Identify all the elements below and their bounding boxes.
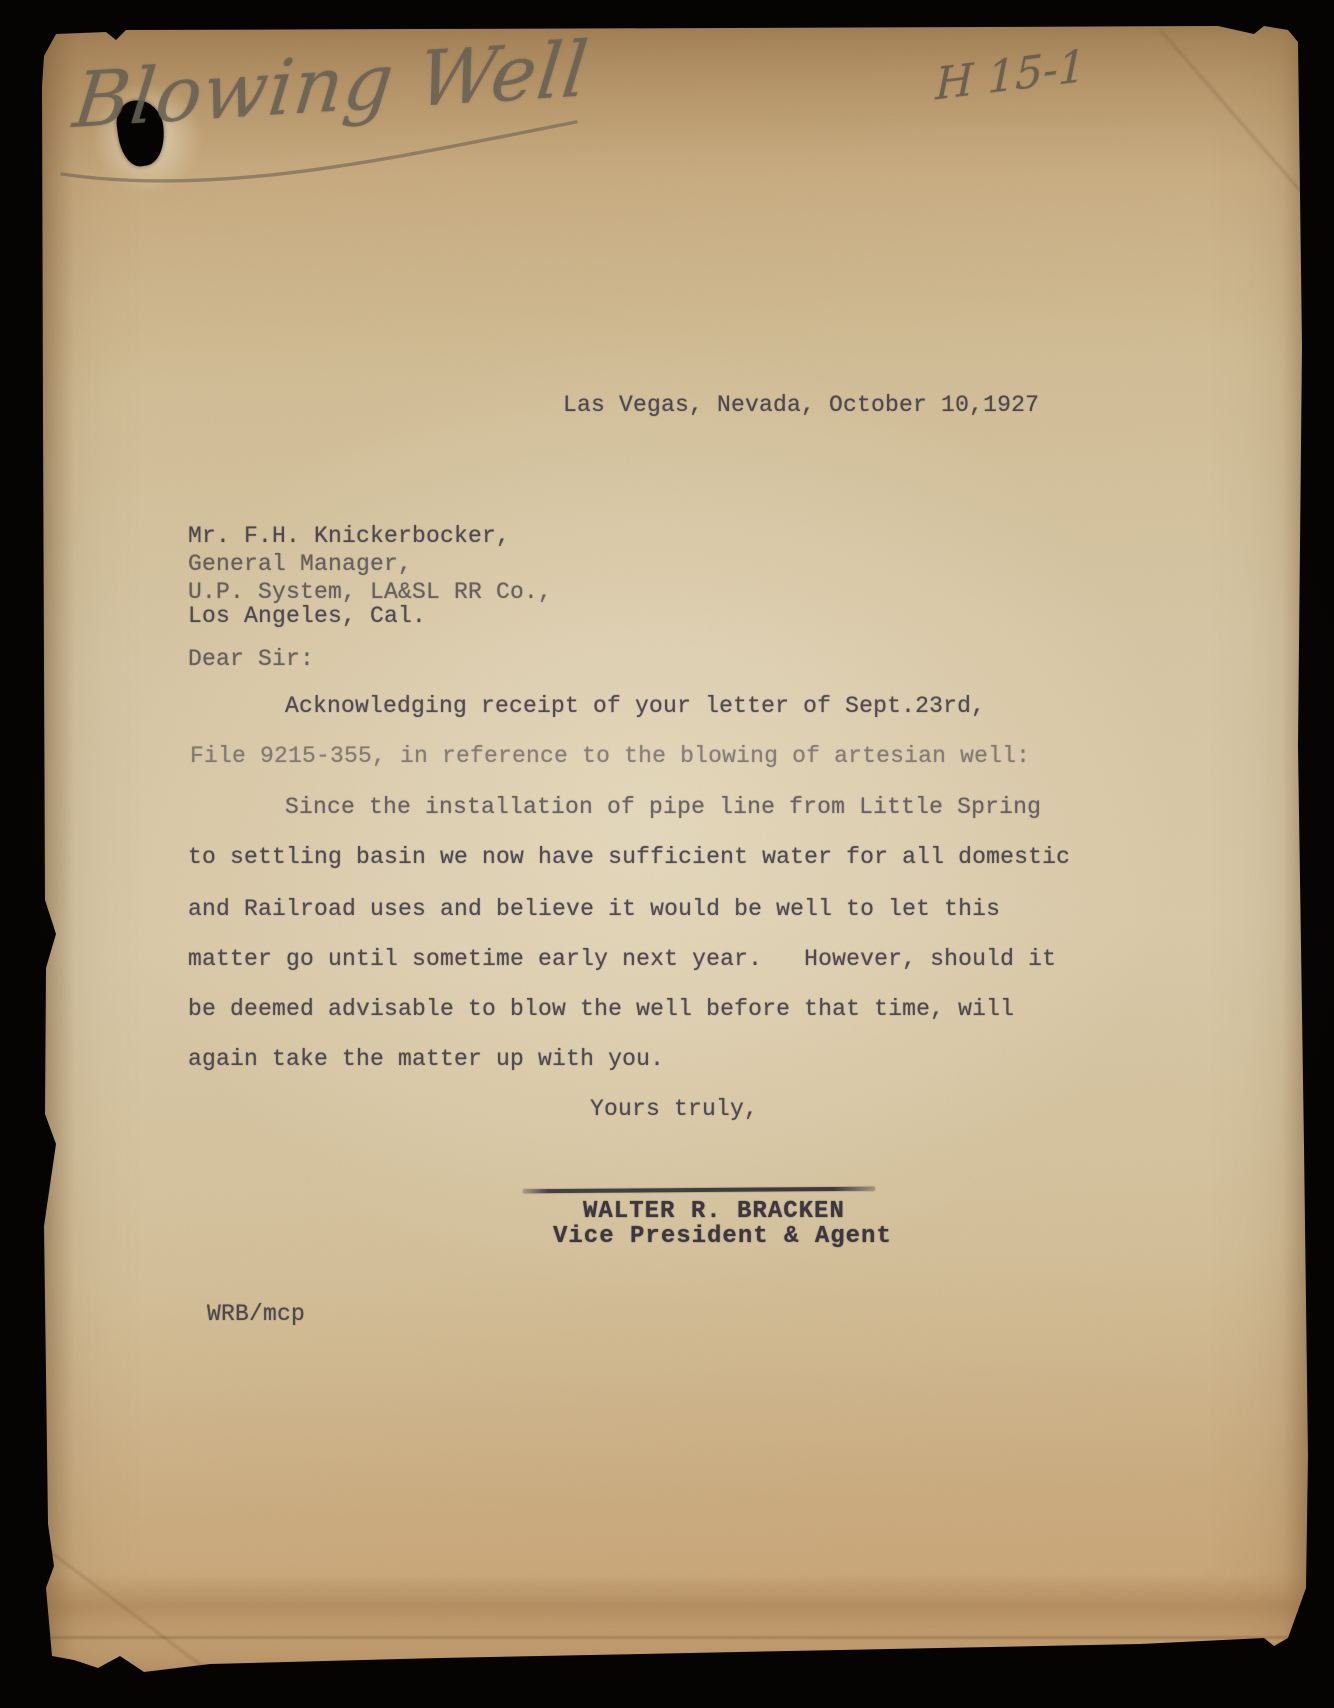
body-line: File 9215-355, in reference to the blowi…	[190, 742, 1030, 770]
pencil-underline	[52, 52, 592, 222]
signature-stamp-rule	[523, 1187, 875, 1193]
body-line: matter go until sometime early next year…	[188, 945, 1056, 973]
fold-crease-bottom-left	[25, 1532, 226, 1685]
handwritten-file-number: H 15-1	[935, 41, 1086, 111]
body-line: Acknowledging receipt of your letter of …	[285, 692, 985, 720]
letter-paper: Blowing Well H 15-1 Las Vegas, Nevada, O…	[40, 26, 1310, 1676]
body-line: be deemed advisable to blow the well bef…	[188, 995, 1014, 1023]
body-line: and Railroad uses and believe it would b…	[188, 895, 1000, 923]
bottom-fold-stain	[40, 1574, 1310, 1646]
salutation: Dear Sir:	[188, 645, 314, 673]
signature-title: Vice President & Agent	[553, 1223, 892, 1251]
signature-name: WALTER R. BRACKEN	[583, 1198, 845, 1226]
typist-initials: WRB/mcp	[207, 1300, 305, 1328]
body-line: Since the installation of pipe line from…	[285, 793, 1041, 821]
body-line: to settling basin we now have sufficient…	[188, 843, 1070, 871]
right-edge-shadow	[1282, 26, 1310, 1676]
bottom-fold-line	[40, 1636, 1310, 1639]
dateline: Las Vegas, Nevada, October 10,1927	[563, 391, 1039, 419]
left-edge-shadow	[40, 26, 74, 1676]
photo-background: Blowing Well H 15-1 Las Vegas, Nevada, O…	[0, 0, 1334, 1708]
closing: Yours truly,	[590, 1095, 758, 1123]
fold-crease-top-right	[1159, 29, 1334, 333]
recipient-line: General Manager,	[188, 550, 412, 578]
recipient-line: Mr. F.H. Knickerbocker,	[188, 522, 510, 550]
recipient-line: Los Angeles, Cal.	[188, 602, 426, 630]
body-line: again take the matter up with you.	[188, 1045, 664, 1073]
